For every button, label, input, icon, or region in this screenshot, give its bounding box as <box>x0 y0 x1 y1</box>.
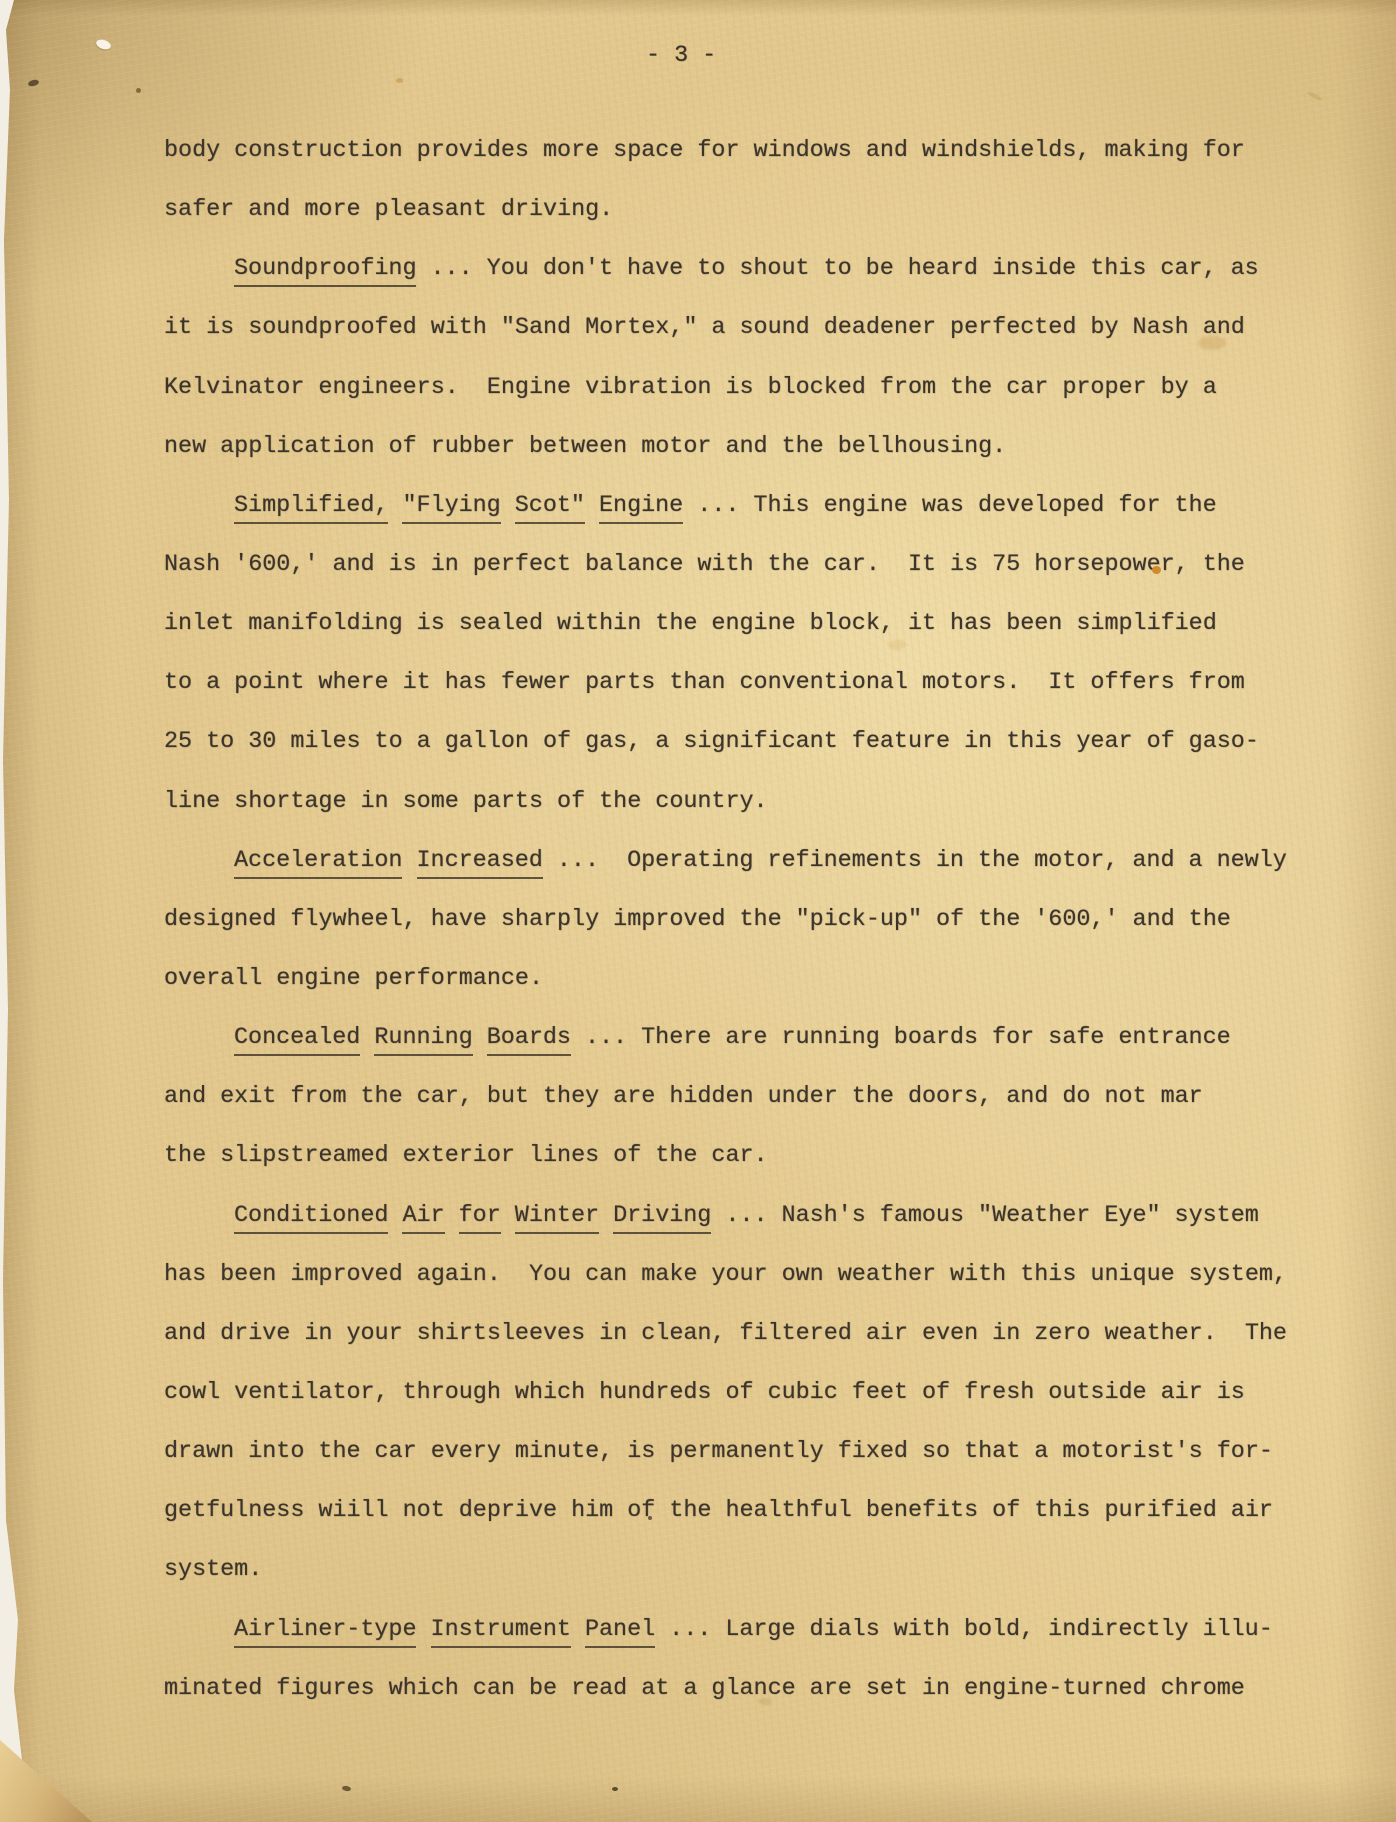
text-line: it is soundproofed with "Sand Mortex," a… <box>164 314 1366 373</box>
text-line: body construction provides more space fo… <box>164 137 1366 196</box>
section-heading-line: Soundproofing ... You don't have to shou… <box>164 255 1366 314</box>
text-segment: minated figures which can be read at a g… <box>164 1676 1245 1702</box>
text-segment: has been improved again. You can make yo… <box>164 1262 1287 1288</box>
text-segment <box>571 1617 585 1643</box>
underlined-heading-word: Running <box>374 1025 472 1056</box>
paper-stain <box>1152 566 1161 574</box>
text-line: drawn into the car every minute, is perm… <box>164 1438 1366 1497</box>
text-segment: body construction provides more space fo… <box>164 138 1245 164</box>
section-heading-line: Airliner-type Instrument Panel ... Large… <box>164 1616 1366 1675</box>
paper-stain <box>1198 336 1226 350</box>
section-heading-line: Simplified, "Flying Scot" Engine ... Thi… <box>164 492 1366 551</box>
document-page: - 3 - body construction provides more sp… <box>0 0 1396 1822</box>
underlined-heading-word: Driving <box>613 1203 711 1234</box>
text-segment: the slipstreamed exterior lines of the c… <box>164 1143 768 1169</box>
text-segment <box>360 1025 374 1051</box>
text-line: inlet manifolding is sealed within the e… <box>164 610 1366 669</box>
document-text: body construction provides more space fo… <box>164 137 1366 1734</box>
text-line: overall engine performance. <box>164 965 1366 1024</box>
section-heading-line: Conditioned Air for Winter Driving ... N… <box>164 1202 1366 1261</box>
text-segment: getfulness wiill not deprive him of the … <box>164 1498 1273 1524</box>
text-segment: overall engine performance. <box>164 966 543 992</box>
underlined-heading-word: Increased <box>417 848 543 879</box>
underlined-heading-word: Simplified, <box>234 493 388 524</box>
text-line: to a point where it has fewer parts than… <box>164 669 1366 728</box>
text-line: safer and more pleasant driving. <box>164 196 1366 255</box>
underlined-heading-word: Engine <box>599 493 683 524</box>
text-segment: safer and more pleasant driving. <box>164 197 613 223</box>
underlined-heading-word: for <box>459 1203 501 1234</box>
text-segment <box>388 493 402 519</box>
text-segment <box>585 493 599 519</box>
underlined-heading-word: Airliner-type <box>234 1617 416 1648</box>
text-segment <box>445 1203 459 1229</box>
text-segment <box>402 848 416 874</box>
text-line: Kelvinator engineers. Engine vibration i… <box>164 374 1366 433</box>
text-segment: 25 to 30 miles to a gallon of gas, a sig… <box>164 729 1259 755</box>
text-segment <box>501 1203 515 1229</box>
paper-speck <box>612 1787 618 1791</box>
underlined-heading-word: Concealed <box>234 1025 360 1056</box>
text-segment <box>599 1203 613 1229</box>
text-segment: it is soundproofed with "Sand Mortex," a… <box>164 315 1245 341</box>
text-line: new application of rubber between motor … <box>164 433 1366 492</box>
text-line: and exit from the car, but they are hidd… <box>164 1083 1366 1142</box>
text-segment <box>416 1617 430 1643</box>
section-heading-line: Acceleration Increased ... Operating ref… <box>164 847 1366 906</box>
text-segment <box>501 493 515 519</box>
text-segment <box>388 1203 402 1229</box>
underlined-heading-word: Scot" <box>515 493 585 524</box>
text-segment: to a point where it has fewer parts than… <box>164 670 1245 696</box>
underlined-heading-word: "Flying <box>402 493 500 524</box>
text-line: cowl ventilator, through which hundreds … <box>164 1379 1366 1438</box>
text-segment: ... Large dials with bold, indirectly il… <box>655 1617 1273 1643</box>
underlined-heading-word: Conditioned <box>234 1203 388 1234</box>
text-segment: and drive in your shirtsleeves in clean,… <box>164 1321 1287 1347</box>
text-segment: and exit from the car, but they are hidd… <box>164 1084 1203 1110</box>
underlined-heading-word: Boards <box>487 1025 571 1056</box>
text-line: designed flywheel, have sharply improved… <box>164 906 1366 965</box>
text-segment <box>473 1025 487 1051</box>
text-line: 25 to 30 miles to a gallon of gas, a sig… <box>164 728 1366 787</box>
paper-speck <box>648 1516 652 1520</box>
text-line: has been improved again. You can make yo… <box>164 1261 1366 1320</box>
text-segment: drawn into the car every minute, is perm… <box>164 1439 1273 1465</box>
text-segment: ... You don't have to shout to be heard … <box>416 256 1258 282</box>
text-segment: Nash '600,' and is in perfect balance wi… <box>164 552 1245 578</box>
underlined-heading-word: Air <box>402 1203 444 1234</box>
text-line: getfulness wiill not deprive him of the … <box>164 1497 1366 1556</box>
text-segment: ... This engine was developed for the <box>683 493 1216 519</box>
paper-speck <box>136 88 141 93</box>
text-segment: system. <box>164 1557 262 1583</box>
text-segment: new application of rubber between motor … <box>164 434 1006 460</box>
text-segment: cowl ventilator, through which hundreds … <box>164 1380 1245 1406</box>
text-segment: designed flywheel, have sharply improved… <box>164 907 1231 933</box>
underlined-heading-word: Soundproofing <box>234 256 416 287</box>
text-line: system. <box>164 1556 1366 1615</box>
underlined-heading-word: Acceleration <box>234 848 402 879</box>
paper-stain <box>758 1698 772 1705</box>
text-line: line shortage in some parts of the count… <box>164 788 1366 847</box>
underlined-heading-word: Winter <box>515 1203 599 1234</box>
section-heading-line: Concealed Running Boards ... There are r… <box>164 1024 1366 1083</box>
text-segment: ... Operating refinements in the motor, … <box>543 848 1287 874</box>
text-segment: inlet manifolding is sealed within the e… <box>164 611 1217 637</box>
text-segment: ... Nash's famous "Weather Eye" system <box>711 1203 1258 1229</box>
underlined-heading-word: Instrument <box>431 1617 571 1648</box>
text-line: the slipstreamed exterior lines of the c… <box>164 1142 1366 1201</box>
text-segment: ... There are running boards for safe en… <box>571 1025 1231 1051</box>
paper-stain <box>888 640 906 650</box>
page-number: - 3 - <box>646 42 716 70</box>
text-segment: Kelvinator engineers. Engine vibration i… <box>164 375 1217 401</box>
paper-speck <box>396 78 403 83</box>
text-line: and drive in your shirtsleeves in clean,… <box>164 1320 1366 1379</box>
underlined-heading-word: Panel <box>585 1617 655 1648</box>
text-segment: line shortage in some parts of the count… <box>164 789 768 815</box>
text-line: Nash '600,' and is in perfect balance wi… <box>164 551 1366 610</box>
